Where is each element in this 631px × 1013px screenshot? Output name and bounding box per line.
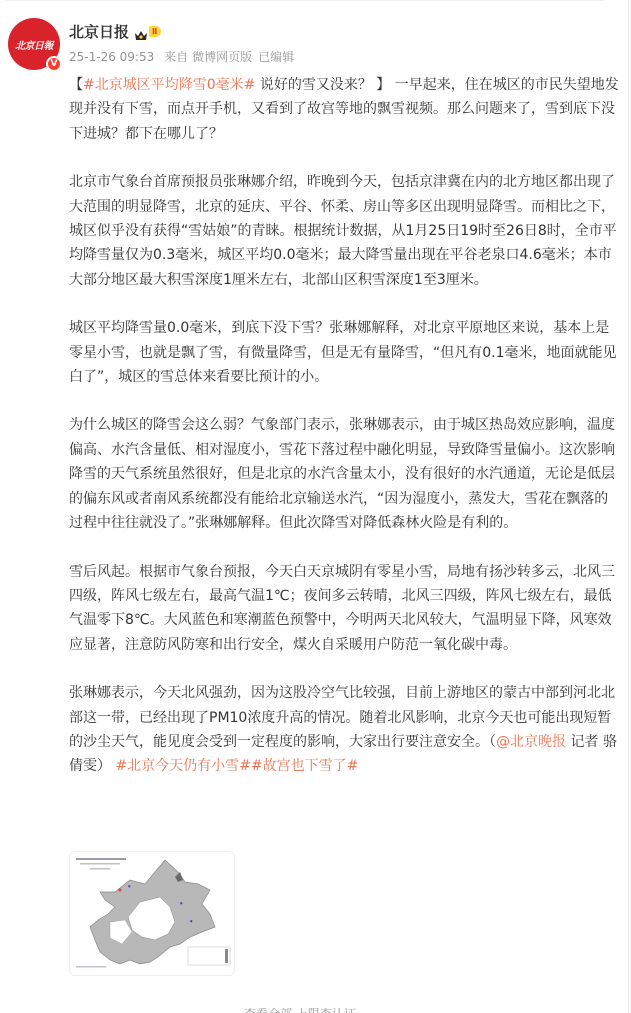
avatar[interactable]: 北京日報 V [8, 18, 60, 70]
author-name-row: 北京日报 Ⅱ [69, 21, 161, 42]
post-meta: 25-1-26 09:53 来自微博网页版已编辑 [69, 48, 300, 65]
vip-level-tag: Ⅱ [149, 26, 161, 37]
post-content: 【#北京城区平均降雪0毫米# 说好的雪又没来？ 】 一早起来，住在城区的市民失望… [69, 73, 621, 803]
vip-badge[interactable]: Ⅱ [134, 25, 161, 39]
top-divider [5, 0, 605, 1]
title-text: 说好的雪又没来？ 】 [255, 77, 394, 93]
hashtag-link[interactable]: #故宫也下雪了# [251, 758, 358, 774]
svg-text:●: ● [190, 919, 193, 923]
paragraph-6: 张琳娜表示，今天北风强劲，因为这股冷空气比较强，目前上游地区的蒙古中部到河北北部… [69, 681, 621, 779]
post-source: 微博网页版 [192, 50, 252, 64]
map-image: ● ● ● [70, 852, 235, 976]
post-time[interactable]: 25-1-26 09:53 [69, 50, 154, 64]
avatar-logo-text: 北京日報 [15, 37, 53, 52]
paragraph-4: 为什么城区的降雪会这么弱？气象部门表示，张琳娜表示，由于城区热岛效应影响，温度偏… [69, 413, 621, 535]
hashtag-link[interactable]: #北京今天仍有小雪# [115, 758, 250, 774]
paragraph-intro: 【#北京城区平均降雪0毫米# 说好的雪又没来？ 】 一早起来，住在城区的市民失望… [69, 73, 621, 146]
post-header: 北京日報 V 北京日报 Ⅱ 25-1-26 09:53 来自微博网页版已编辑 [8, 18, 608, 70]
mention-link[interactable]: @北京晚报 [496, 734, 566, 750]
edited-label[interactable]: 已编辑 [258, 50, 294, 64]
svg-text:●: ● [128, 884, 131, 888]
paren-open: （ [489, 734, 496, 750]
bracket-open: 【 [69, 77, 83, 93]
paragraph-2: 北京市气象台首席预报员张琳娜介绍，昨晚到今天，包括京津冀在内的北方地区都出现了大… [69, 170, 621, 292]
post-image-snow-map[interactable]: ● ● ● [69, 851, 235, 976]
scrollbar-track[interactable] [628, 0, 629, 1013]
author-name[interactable]: 北京日报 [69, 21, 129, 42]
crown-icon [134, 26, 148, 37]
source-label: 来自 [164, 50, 188, 64]
paragraph-3: 城区平均降雪量0.0毫米，到底下没下雪？张琳娜解释，对北京平原地区来说，基本上是… [69, 316, 621, 389]
footer-truncated-text: 查看全部 上限查认证 [244, 1008, 356, 1013]
svg-text:●: ● [180, 901, 183, 905]
weibo-post-page: 北京日報 V 北京日报 Ⅱ 25-1-26 09:53 来自微博网页版已编辑 【… [0, 0, 631, 1013]
paragraph-5: 雪后风起。根据市气象台预报，今天白天京城阴有零星小雪，局地有扬沙转多云，北风三四… [69, 560, 621, 658]
hashtag-link[interactable]: #北京城区平均降雪0毫米# [83, 77, 255, 93]
verified-badge-icon: V [46, 56, 62, 72]
